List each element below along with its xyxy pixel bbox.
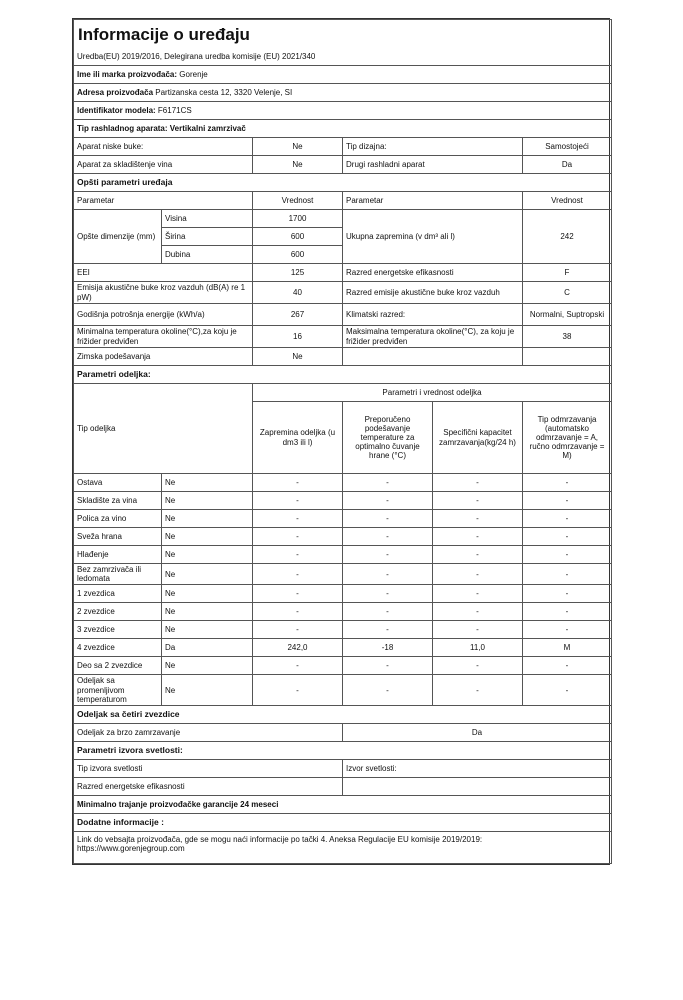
compartment-value: -: [343, 657, 433, 675]
appliance-type: Tip rashladnog aparata: Vertikalni zamrz…: [74, 120, 612, 138]
compartment-value: -: [343, 675, 433, 706]
compartment-name: Skladište za vina: [74, 492, 162, 510]
compartment-value: 242,0: [253, 639, 343, 657]
compartment-value: -: [343, 603, 433, 621]
compartment-value: -: [253, 510, 343, 528]
compartment-value: -: [253, 585, 343, 603]
fast-freeze-label: Odeljak za brzo zamrzavanje: [74, 723, 343, 741]
compartment-row: Odeljak sa promenljivom temperaturomNe--…: [74, 675, 612, 706]
compartment-value: -: [253, 675, 343, 706]
page-title: Informacije o uređaju: [74, 20, 612, 48]
compartment-value: -: [433, 528, 523, 546]
compartment-value: -: [343, 474, 433, 492]
compartment-value: -: [433, 675, 523, 706]
compartment-name: 1 zvezdica: [74, 585, 162, 603]
manufacturer-link[interactable]: https://www.gorenjegroup.com: [77, 844, 608, 853]
compartment-value: -: [433, 546, 523, 564]
param-label: Maksimalna temperatura okoline(°C), za k…: [343, 326, 523, 348]
compartment-value: -: [523, 474, 612, 492]
light-type-label: Tip izvora svetlosti: [74, 759, 343, 777]
compartment-value: -: [343, 564, 433, 585]
info-table: Informacije o uređaju Uredba(EU) 2019/20…: [73, 19, 612, 864]
type-label: Aparat za skladištenje vina: [74, 156, 253, 174]
type-value: Ne: [253, 156, 343, 174]
param-label: Zimska podešavanja: [74, 348, 253, 366]
param-value: C: [523, 282, 612, 304]
compartment-value: -: [523, 492, 612, 510]
compartment-group-header: Parametri i vrednost odeljka: [253, 384, 612, 402]
dim-label: Dubina: [162, 246, 253, 264]
dim-value: 1700: [253, 210, 343, 228]
compartment-name: Sveža hrana: [74, 528, 162, 546]
param-value: 16: [253, 326, 343, 348]
compartment-value: -: [433, 564, 523, 585]
compartment-present: Ne: [162, 603, 253, 621]
col-compartment-type: Tip odeljka: [74, 384, 253, 474]
col-temperature: Preporučeno podešavanje temperature za o…: [343, 402, 433, 474]
compartment-value: -: [523, 603, 612, 621]
compartment-name: 4 zvezdice: [74, 639, 162, 657]
compartment-value: -: [523, 657, 612, 675]
compartment-value: -: [253, 528, 343, 546]
compartment-value: -: [523, 675, 612, 706]
supplier-value: Gorenje: [179, 70, 207, 79]
model-row: Identifikator modela: F6171CS: [74, 102, 612, 120]
compartment-value: -: [253, 603, 343, 621]
col-param: Parametar: [74, 192, 253, 210]
col-volume: Zapremina odeljka (u dm3 ili l): [253, 402, 343, 474]
compartment-value: -: [523, 621, 612, 639]
supplier-row: Ime ili marka proizvođača: Gorenje: [74, 66, 612, 84]
compartment-present: Ne: [162, 675, 253, 706]
type-label: Drugi rashladni aparat: [343, 156, 523, 174]
compartment-row: Bez zamrzivača ili ledomataNe----: [74, 564, 612, 585]
compartment-value: -: [253, 564, 343, 585]
col-param: Parametar: [343, 192, 523, 210]
compartment-present: Ne: [162, 492, 253, 510]
compartment-row: Skladište za vinaNe----: [74, 492, 612, 510]
address-row: Adresa proizvođača Partizanska cesta 12,…: [74, 84, 612, 102]
type-row: Aparat za skladištenje vina Ne Drugi ras…: [74, 156, 612, 174]
regulation-text: Uredba(EU) 2019/2016, Delegirana uredba …: [74, 48, 612, 66]
compartment-value: -: [343, 492, 433, 510]
compartment-rows: OstavaNe----Skladište za vinaNe----Polic…: [74, 474, 612, 706]
dim-value: 600: [253, 246, 343, 264]
compartment-value: M: [523, 639, 612, 657]
compartment-name: Deo sa 2 zvezdice: [74, 657, 162, 675]
light-class-label: Razred energetske efikasnosti: [74, 777, 343, 795]
compartment-value: -: [433, 474, 523, 492]
compartment-value: -: [433, 585, 523, 603]
param-value: [523, 348, 612, 366]
param-label: [343, 348, 523, 366]
compartment-name: Hlađenje: [74, 546, 162, 564]
param-value: Normalni, Suptropski: [523, 304, 612, 326]
compartment-name: Bez zamrzivača ili ledomata: [74, 564, 162, 585]
compartment-value: -: [343, 585, 433, 603]
compartment-name: Odeljak sa promenljivom temperaturom: [74, 675, 162, 706]
light-source-label: Izvor svetlosti:: [343, 759, 612, 777]
address-label: Adresa proizvođača: [77, 88, 153, 97]
param-label: Minimalna temperatura okoline(°C),za koj…: [74, 326, 253, 348]
compartment-name: 3 zvezdice: [74, 621, 162, 639]
volume-value: 242: [523, 210, 612, 264]
volume-label: Ukupna zapremina (v dm³ ali l): [343, 210, 523, 264]
model-value: F6171CS: [158, 106, 192, 115]
compartment-row: 2 zvezdiceNe----: [74, 603, 612, 621]
param-value: F: [523, 264, 612, 282]
param-label: Razred energetske efikasnosti: [343, 264, 523, 282]
compartment-value: -: [253, 657, 343, 675]
col-freezing-capacity: Specifični kapacitet zamrzavanja(kg/24 h…: [433, 402, 523, 474]
dim-value: 600: [253, 228, 343, 246]
compartment-value: -: [433, 603, 523, 621]
compartment-row: 3 zvezdiceNe----: [74, 621, 612, 639]
col-value: Vrednost: [253, 192, 343, 210]
compartment-value: -: [523, 510, 612, 528]
type-value: Ne: [253, 138, 343, 156]
compartment-name: Ostava: [74, 474, 162, 492]
compartment-row: OstavaNe----: [74, 474, 612, 492]
compartment-value: -: [433, 492, 523, 510]
param-value: 267: [253, 304, 343, 326]
compartment-present: Ne: [162, 546, 253, 564]
param-label: EEI: [74, 264, 253, 282]
compartment-row: Sveža hranaNe----: [74, 528, 612, 546]
param-label: Razred emisije akustične buke kroz vazdu…: [343, 282, 523, 304]
compartment-value: -: [253, 621, 343, 639]
compartment-value: -: [523, 546, 612, 564]
compartment-present: Ne: [162, 564, 253, 585]
compartment-row: 4 zvezdiceDa242,0-1811,0M: [74, 639, 612, 657]
fast-freeze-value: Da: [343, 723, 612, 741]
dims-label: Opšte dimenzije (mm): [74, 210, 162, 264]
compartment-name: 2 zvezdice: [74, 603, 162, 621]
compartment-present: Ne: [162, 657, 253, 675]
section-additional: Dodatne informacije :: [74, 813, 612, 831]
compartment-value: -: [523, 528, 612, 546]
type-label: Aparat niske buke:: [74, 138, 253, 156]
compartment-present: Ne: [162, 585, 253, 603]
compartment-value: -: [433, 657, 523, 675]
dim-label: Širina: [162, 228, 253, 246]
type-label: Tip dizajna:: [343, 138, 523, 156]
param-value: 38: [523, 326, 612, 348]
compartment-row: HlađenjeNe----: [74, 546, 612, 564]
type-value: Samostojeći: [523, 138, 612, 156]
col-value: Vrednost: [523, 192, 612, 210]
compartment-value: -: [523, 564, 612, 585]
section-compartments: Parametri odeljka:: [74, 366, 612, 384]
model-label: Identifikator modela:: [77, 106, 156, 115]
additional-info: Link do vebsajta proizvođača, gde se mog…: [74, 831, 612, 863]
compartment-present: Ne: [162, 528, 253, 546]
type-value: Da: [523, 156, 612, 174]
warranty: Minimalno trajanje proizvođačke garancij…: [74, 795, 612, 813]
compartment-value: -: [343, 621, 433, 639]
compartment-row: Polica za vinoNe----: [74, 510, 612, 528]
compartment-value: 11,0: [433, 639, 523, 657]
param-label: Klimatski razred:: [343, 304, 523, 326]
supplier-label: Ime ili marka proizvođača:: [77, 70, 177, 79]
compartment-row: 1 zvezdicaNe----: [74, 585, 612, 603]
compartment-present: Ne: [162, 510, 253, 528]
compartment-value: -: [343, 528, 433, 546]
compartment-value: -: [253, 474, 343, 492]
param-value: 40: [253, 282, 343, 304]
compartment-present: Da: [162, 639, 253, 657]
param-label: Godišnja potrošnja energije (kWh/a): [74, 304, 253, 326]
type-row: Aparat niske buke: Ne Tip dizajna: Samos…: [74, 138, 612, 156]
dim-label: Visina: [162, 210, 253, 228]
compartment-present: Ne: [162, 621, 253, 639]
param-value: Ne: [253, 348, 343, 366]
param-value: 125: [253, 264, 343, 282]
compartment-value: -18: [343, 639, 433, 657]
section-light: Parametri izvora svetlosti:: [74, 741, 612, 759]
compartment-value: -: [343, 546, 433, 564]
address-value: Partizanska cesta 12, 3320 Velenje, SI: [155, 88, 292, 97]
compartment-present: Ne: [162, 474, 253, 492]
compartment-value: -: [433, 510, 523, 528]
compartment-value: -: [523, 585, 612, 603]
compartment-value: -: [253, 546, 343, 564]
light-class-value: [343, 777, 612, 795]
product-information-sheet: Informacije o uređaju Uredba(EU) 2019/20…: [72, 18, 610, 865]
compartment-value: -: [343, 510, 433, 528]
compartment-row: Deo sa 2 zvezdiceNe----: [74, 657, 612, 675]
compartment-name: Polica za vino: [74, 510, 162, 528]
param-label: Emisija akustične buke kroz vazduh (dB(A…: [74, 282, 253, 304]
additional-text: Link do vebsajta proizvođača, gde se mog…: [77, 835, 608, 844]
section-four-star: Odeljak sa četiri zvezdice: [74, 705, 612, 723]
compartment-value: -: [253, 492, 343, 510]
compartment-value: -: [433, 621, 523, 639]
section-general: Opšti parametri uređaja: [74, 174, 612, 192]
col-defrost-type: Tip odmrzavanja (automatsko odmrzavanje …: [523, 402, 612, 474]
